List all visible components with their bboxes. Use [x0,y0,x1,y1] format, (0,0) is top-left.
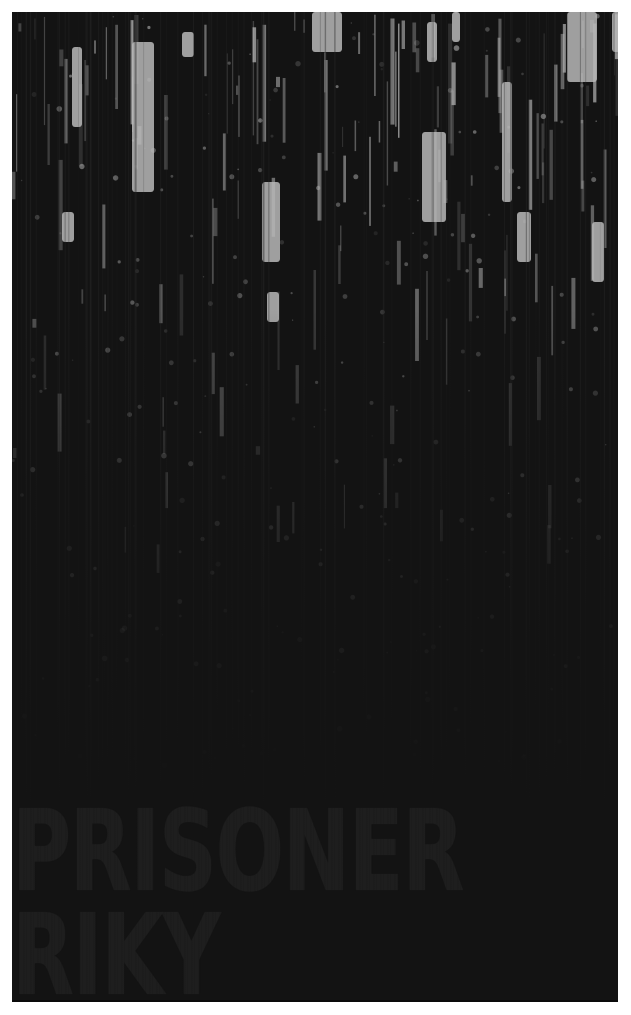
cover-bottom-edge [12,1000,618,1002]
cover-title-line-2: RIKY [12,904,448,1002]
cover-title-line-1: PRISONER [12,800,448,904]
cover-title: PRISONER RIKY [12,800,618,1002]
cover-artwork: PRISONER RIKY [12,12,618,1002]
